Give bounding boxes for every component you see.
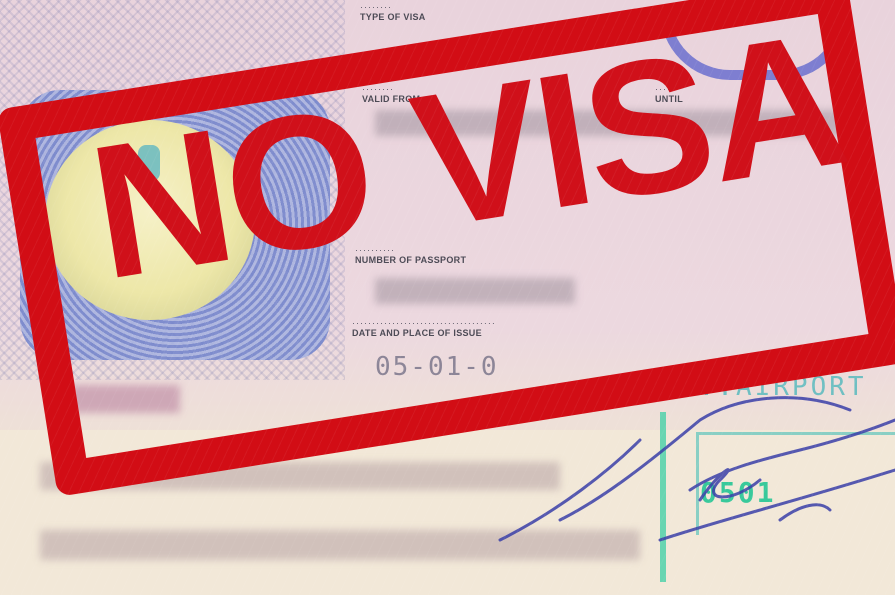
visa-photo: ········TYPE OF VISA ········VALID FROM …	[0, 0, 895, 595]
entry-stamp-code: 0501	[700, 476, 775, 509]
entry-stamp: ...AIRPORT 0501	[660, 372, 895, 595]
field-label-type-of-visa: ········TYPE OF VISA	[360, 2, 426, 22]
redacted-mrz-line-2	[40, 530, 640, 560]
